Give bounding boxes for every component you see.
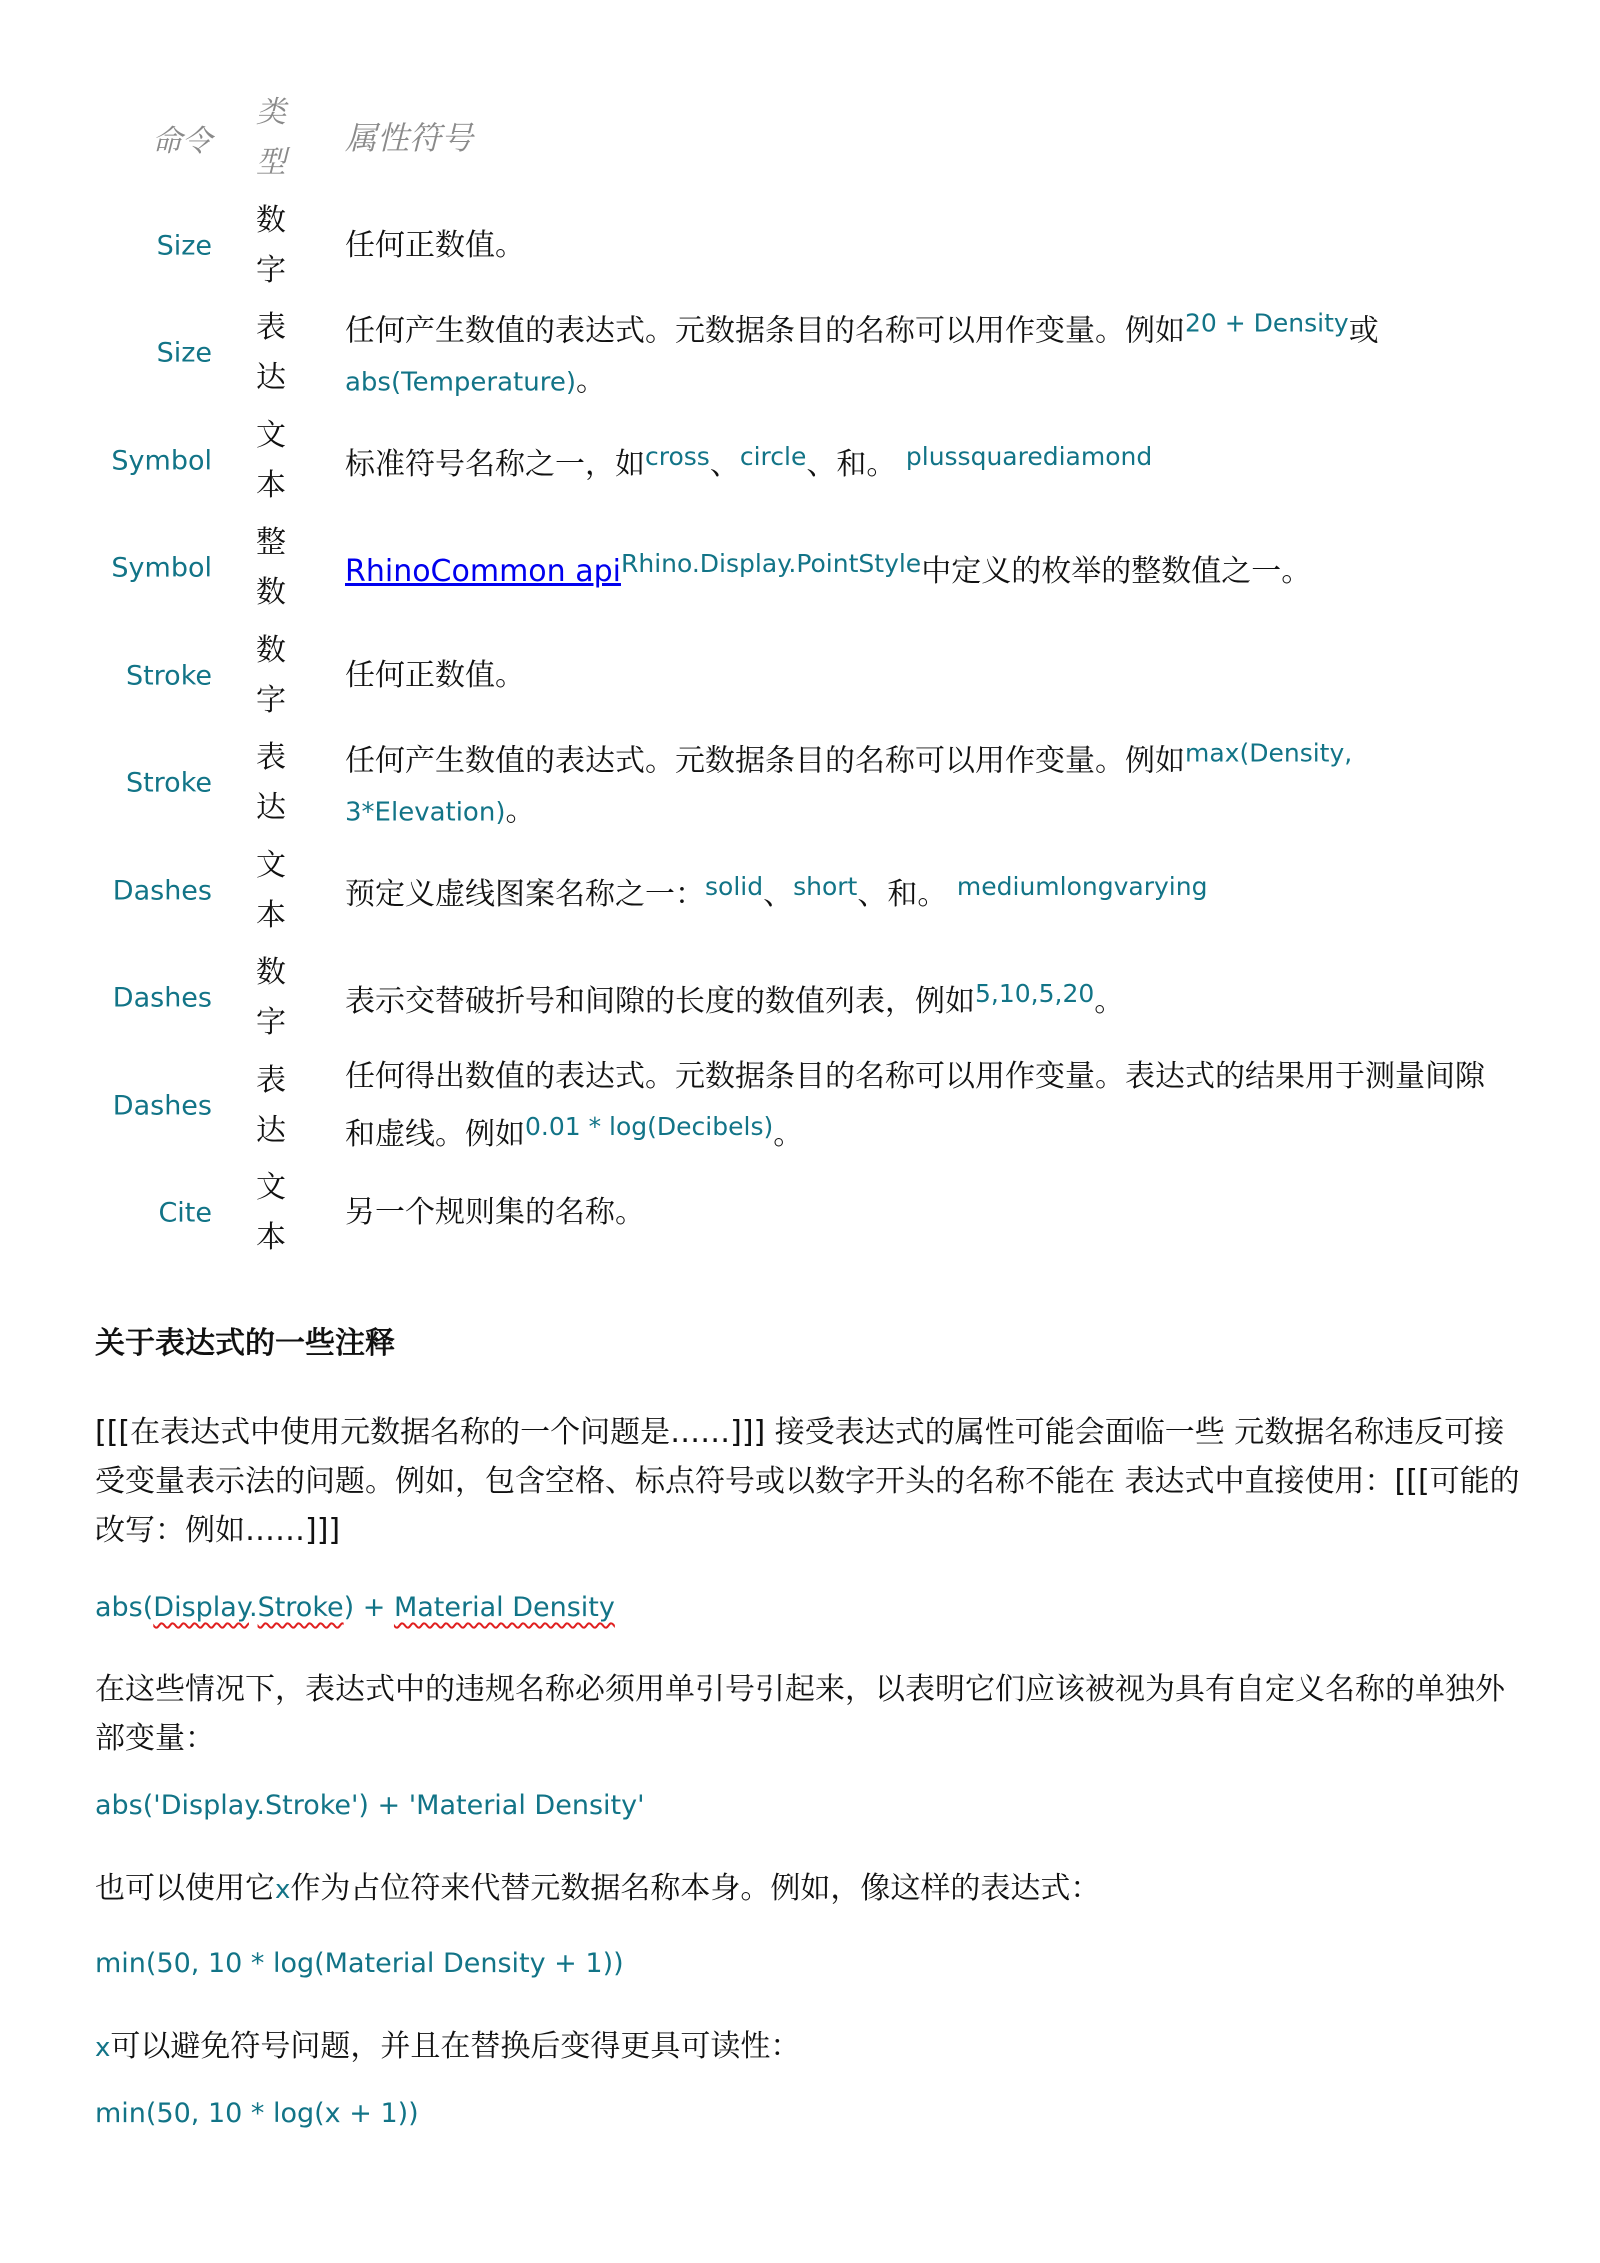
command-cell: Symbol	[111, 553, 212, 584]
code-example-quoted: abs('Display.Stroke') + 'Material Densit…	[95, 1790, 645, 1821]
table-row: Symbol 文本 标准符号名称之一，如cross、circle、和。 plus…	[0, 407, 1600, 515]
table-row: Dashes 数字 表示交替破折号和间隙的长度的数值列表，例如5,10,5,20…	[0, 945, 1600, 1053]
spellcheck-underline: Display	[153, 1592, 249, 1623]
type-cell: 表达	[254, 1056, 288, 1156]
command-cell: Dashes	[113, 983, 212, 1014]
header-type-char: 型	[254, 138, 288, 188]
type-cell: 文本	[254, 1163, 288, 1263]
table-header-row: 命令 类 型 属性符号	[0, 84, 1600, 192]
table-row: Size 数字 任何正数值。	[0, 192, 1600, 300]
spellcheck-underline: Stroke	[258, 1592, 344, 1623]
notes-paragraph-1: [[[在表达式中使用元数据名称的一个问题是……]]] 接受表达式的属性可能会面临…	[95, 1408, 1525, 1555]
description-cell: 标准符号名称之一，如cross、circle、和。 plussquarediam…	[345, 432, 1510, 490]
command-cell: Dashes	[113, 1090, 212, 1121]
section-heading: 关于表达式的一些注释	[95, 1318, 395, 1362]
command-cell: Stroke	[126, 660, 212, 691]
attributes-table: 命令 类 型 属性符号 Size 数字 任何正数值。 Size 表达 任何产生数…	[0, 84, 1600, 1267]
rhinocommon-api-link[interactable]: RhinoCommon api	[345, 554, 621, 589]
description-cell: 任何产生数值的表达式。元数据条目的名称可以用作变量。例如max(Density,…	[345, 729, 1510, 838]
header-type: 类 型	[254, 88, 288, 188]
description-cell: 预定义虚线图案名称之一：solid、short、和。 mediumlongvar…	[345, 862, 1510, 920]
code-example: 20 + Density	[1185, 309, 1349, 338]
type-cell: 表达	[254, 303, 288, 403]
table-row: Dashes 文本 预定义虚线图案名称之一：solid、short、和。 med…	[0, 837, 1600, 945]
table-row: Dashes 表达 任何得出数值的表达式。元数据条目的名称可以用作变量。表达式的…	[0, 1052, 1600, 1160]
code-example: abs(Temperature)	[345, 368, 576, 398]
table-row: Symbol 整数 RhinoCommon apiRhino.Display.P…	[0, 515, 1600, 623]
command-cell: Cite	[158, 1198, 212, 1229]
command-cell: Size	[157, 338, 212, 369]
inline-code-x: x	[95, 2033, 110, 2063]
type-cell: 表达	[254, 733, 288, 833]
code-example: 3*Elevation)	[345, 798, 505, 828]
code-example-unquoted: abs(Display.Stroke) + Material Density	[95, 1592, 615, 1623]
table-row: Size 表达 任何产生数值的表达式。元数据条目的名称可以用作变量。例如20 +…	[0, 300, 1600, 408]
description-cell: RhinoCommon apiRhino.Display.PointStyle中…	[345, 539, 1510, 597]
command-cell: Size	[157, 230, 212, 261]
code-example: plussquarediamond	[906, 442, 1152, 471]
notes-paragraph-3: 也可以使用它x作为占位符来代替元数据名称本身。例如，像这样的表达式：	[95, 1864, 1525, 1915]
command-cell: Symbol	[111, 445, 212, 476]
spellcheck-underline: Material Density	[394, 1592, 615, 1623]
description-cell: 另一个规则集的名称。	[345, 1188, 1510, 1238]
description-cell: 任何得出数值的表达式。元数据条目的名称可以用作变量。表达式的结果用于测量间隙和虚…	[345, 1052, 1510, 1160]
table-row: Cite 文本 另一个规则集的名称。	[0, 1160, 1600, 1268]
code-example: max(Density,	[1185, 739, 1352, 768]
inline-code-x: x	[275, 1875, 290, 1905]
code-example-min-log: min(50, 10 * log(Material Density + 1))	[95, 1948, 624, 1979]
command-cell: Stroke	[126, 768, 212, 799]
notes-paragraph-4: x可以避免符号问题，并且在替换后变得更具可读性：	[95, 2022, 1525, 2073]
type-cell: 文本	[254, 841, 288, 941]
code-example: solid	[705, 872, 763, 901]
code-example: 5,10,5,20	[975, 979, 1094, 1008]
header-description: 属性符号	[345, 113, 1510, 163]
code-example: Rhino.Display.PointStyle	[621, 549, 921, 578]
description-cell: 表示交替破折号和间隙的长度的数值列表，例如5,10,5,20。	[345, 969, 1510, 1027]
description-cell: 任何正数值。	[345, 651, 1510, 701]
type-cell: 整数	[254, 518, 288, 618]
command-cell: Dashes	[113, 875, 212, 906]
code-example-min-log-x: min(50, 10 * log(x + 1))	[95, 2098, 419, 2129]
type-cell: 文本	[254, 411, 288, 511]
description-cell: 任何产生数值的表达式。元数据条目的名称可以用作变量。例如20 + Density…	[345, 299, 1510, 408]
code-example: 0.01 * log(Decibels)	[525, 1112, 773, 1141]
table-row: Stroke 数字 任何正数值。	[0, 622, 1600, 730]
type-cell: 数字	[254, 196, 288, 296]
notes-paragraph-2: 在这些情况下，表达式中的违规名称必须用单引号引起来，以表明它们应该被视为具有自定…	[95, 1665, 1525, 1763]
code-example: circle	[740, 442, 807, 471]
code-example: mediumlongvarying	[957, 872, 1208, 901]
header-command: 命令	[152, 116, 212, 160]
code-example: short	[793, 872, 857, 901]
table-row: Stroke 表达 任何产生数值的表达式。元数据条目的名称可以用作变量。例如ma…	[0, 730, 1600, 838]
type-cell: 数字	[254, 626, 288, 726]
description-cell: 任何正数值。	[345, 221, 1510, 271]
header-type-char: 类	[254, 88, 288, 138]
type-cell: 数字	[254, 948, 288, 1048]
code-example: cross	[645, 442, 710, 471]
